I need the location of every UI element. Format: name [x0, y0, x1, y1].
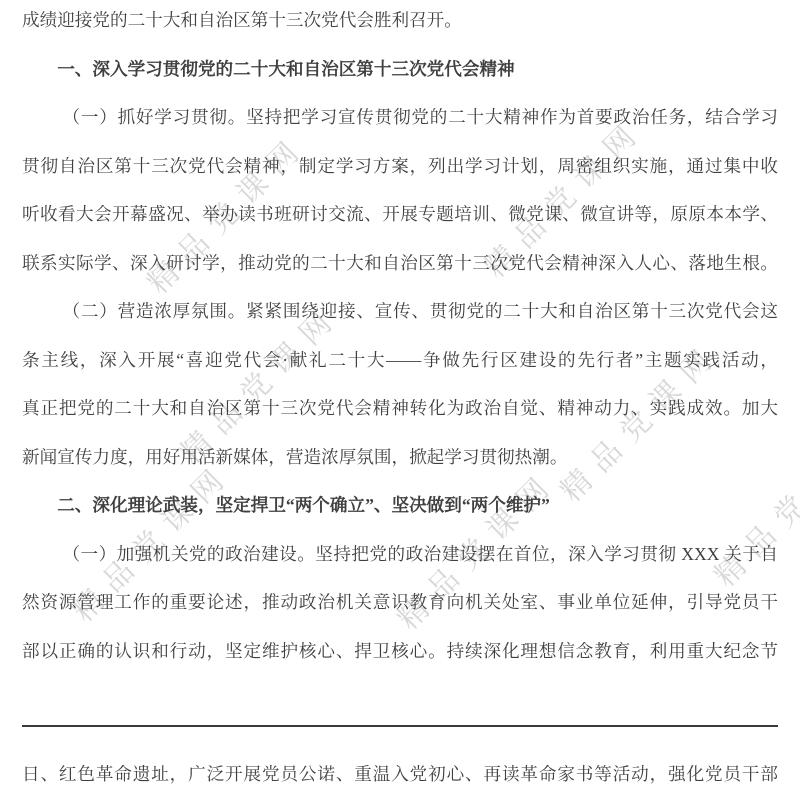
text-line: 部以正确的认识和行动，坚定维护核心、捍卫核心。持续深化理想信念教育，利用重大纪念… — [22, 627, 778, 676]
text-line: 真正把党的二十大和自治区第十三次党代会精神转化为政治自觉、精神动力、实践成效。加… — [22, 384, 778, 433]
paragraph-continuation-line: 成绩迎接党的二十大和自治区第十三次党代会胜利召开。 — [22, 0, 778, 45]
text-line: 日、红色革命遗址，广泛开展党员公诺、重温入党初心、再读革命家书等活动，强化党员干… — [22, 750, 778, 799]
text-line: （二）营造浓厚氛围。紧紧围绕迎接、宣传、贯彻党的二十大和自治区第十三次党代会这 — [22, 287, 778, 336]
document-viewer: 精品党课网 精品党课网 精品党课网 精品党课网 精品党课网 精品党课网 精品党课… — [0, 0, 800, 800]
text-line: 然资源管理工作的重要论述，推动政治机关意识教育向机关处室、事业单位延伸，引导党员… — [22, 578, 778, 627]
text-line: （一）加强机关党的政治建设。坚持把党的政治建设摆在首位，深入学习贯彻 XXX 关… — [22, 530, 778, 579]
page-2-content: 日、红色革命遗址，广泛开展党员公诺、重温入党初心、再读革命家书等活动，强化党员干… — [22, 750, 778, 799]
page-break-line — [22, 725, 778, 727]
text-line: 新闻宣传力度，用好用活新媒体，营造浓厚氛围，掀起学习贯彻热潮。 — [22, 433, 778, 482]
text-line: 听收看大会开幕盛况、举办读书班研讨交流、开展专题培训、微党课、微宣讲等，原原本本… — [22, 190, 778, 239]
text-line: （一）抓好学习贯彻。坚持把学习宣传贯彻党的二十大精神作为首要政治任务，结合学习 — [22, 93, 778, 142]
section-2-heading: 二、深化理论武装，坚定捍卫“两个确立”、坚决做到“两个维护” — [22, 481, 778, 530]
text-line: 条主线，深入开展“喜迎党代会·献礼二十大——争做先行区建设的先行者”主题实践活动… — [22, 336, 778, 385]
page-1-content: 成绩迎接党的二十大和自治区第十三次党代会胜利召开。 一、深入学习贯彻党的二十大和… — [22, 0, 778, 675]
text-line: 贯彻自治区第十三次党代会精神，制定学习方案，列出学习计划，周密组织实施，通过集中… — [22, 142, 778, 191]
section-1-heading: 一、深入学习贯彻党的二十大和自治区第十三次党代会精神 — [22, 45, 778, 94]
text-line: 联系实际学、深入研讨学，推动党的二十大和自治区第十三次党代会精神深入人心、落地生… — [22, 239, 778, 288]
